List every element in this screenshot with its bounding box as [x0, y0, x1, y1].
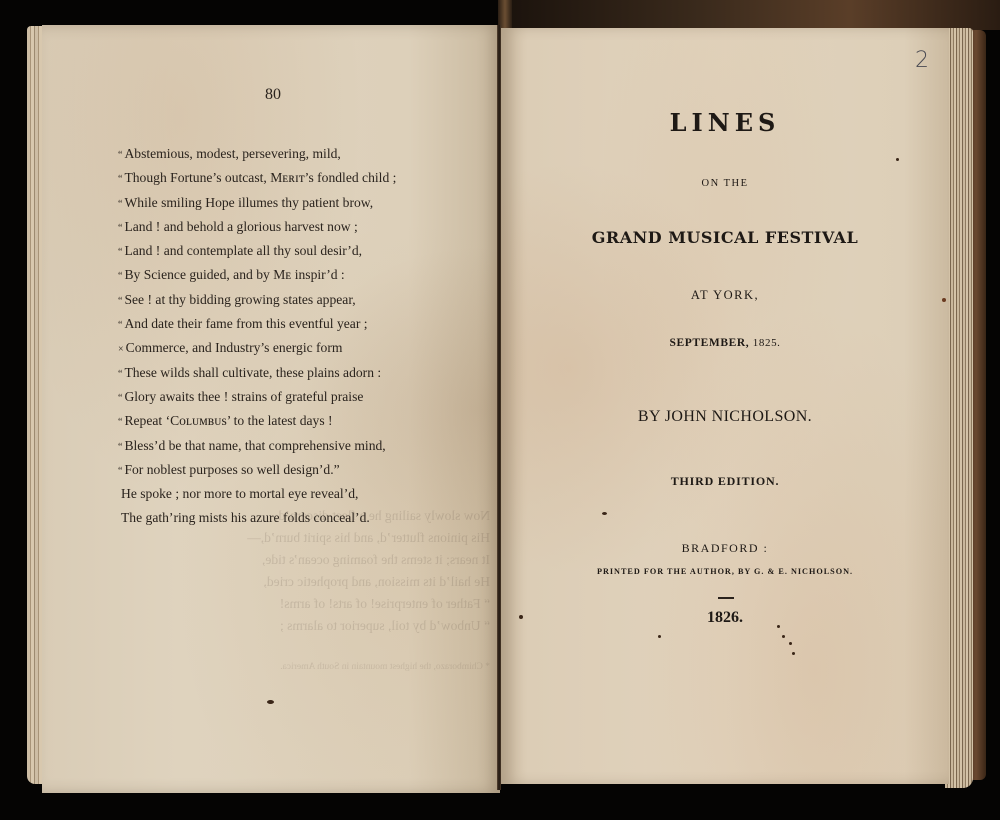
- foxing-spot: [777, 625, 780, 628]
- title-page: [501, 28, 949, 784]
- foxing-spot: [602, 512, 607, 515]
- foxing-spot: [782, 635, 785, 638]
- title-subject: GRAND MUSICAL FESTIVAL: [501, 228, 949, 247]
- bleed-line: “ Father of enterprise! of arts! of arms…: [150, 593, 490, 615]
- imprint-year: 1826.: [501, 609, 949, 627]
- title-heading: LINES: [501, 108, 949, 137]
- poem-line: “Bless’d be that name, that comprehensiv…: [118, 435, 396, 459]
- poem-line: “By Science guided, and by Mᴇ inspir’d :: [118, 264, 396, 288]
- foxing-spot: [658, 635, 661, 638]
- foxing-spot: [896, 158, 899, 161]
- foxing-spot: [519, 615, 523, 619]
- title-on-the: ON THE: [501, 178, 949, 189]
- poem-line: The gath’ring mists his azure folds conc…: [118, 507, 396, 531]
- date-month: SEPTEMBER,: [669, 337, 749, 349]
- poem-line: “For noblest purposes so well design’d.”: [118, 459, 396, 483]
- title-rule: [718, 597, 734, 599]
- title-author: BY JOHN NICHOLSON.: [501, 408, 949, 426]
- page-number: 80: [265, 86, 281, 104]
- date-year: 1825.: [753, 337, 781, 349]
- bleed-line: “ Unbow’d by toil, superior to alarms ;: [150, 615, 490, 637]
- poem-line: “Repeat ‘Cᴏʟᴜᴍʙᴜs’ to the latest days !: [118, 410, 396, 434]
- foxing-spot: [792, 652, 795, 655]
- bleed-line: It nears; it stems the foaming ocean’s t…: [150, 549, 490, 571]
- poem-line: “Land ! and contemplate all thy soul des…: [118, 240, 396, 264]
- poem-line: “Land ! and behold a glorious harvest no…: [118, 216, 396, 240]
- foxing-spot: [942, 298, 946, 302]
- foxing-spot: [267, 700, 274, 704]
- poem-line: “And date their fame from this eventful …: [118, 313, 396, 337]
- pencil-page-mark: 2: [915, 48, 929, 73]
- bleed-footnote: * Chimborazo, the highest mountain in So…: [150, 662, 490, 672]
- poem-line: “Glory awaits thee ! strains of grateful…: [118, 386, 396, 410]
- poem-line: He spoke ; nor more to mortal eye reveal…: [118, 483, 396, 507]
- poem-line: “Though Fortune’s outcast, Mᴇʀɪᴛ’s fondl…: [118, 167, 396, 191]
- imprint-city: BRADFORD :: [501, 541, 949, 556]
- bleed-line: He hail’d its mission, and prophetic cri…: [150, 571, 490, 593]
- imprint-printer: PRINTED FOR THE AUTHOR, BY G. & E. NICHO…: [501, 567, 949, 576]
- foxing-spot: [789, 642, 792, 645]
- poem-text: “Abstemious, modest, persevering, mild, …: [118, 143, 396, 532]
- poem-line: “While smiling Hope illumes thy patient …: [118, 192, 396, 216]
- title-date: SEPTEMBER, 1825.: [501, 337, 949, 349]
- right-page-stack: [945, 28, 973, 788]
- title-place: AT YORK,: [501, 288, 949, 303]
- book-cover-top: [500, 0, 1000, 30]
- poem-line: “See ! at thy bidding growing states app…: [118, 289, 396, 313]
- title-edition: THIRD EDITION.: [501, 474, 949, 489]
- poem-line: “Abstemious, modest, persevering, mild,: [118, 143, 396, 167]
- poem-line: “These wilds shall cultivate, these plai…: [118, 362, 396, 386]
- poem-line: ×Commerce, and Industry’s energic form: [118, 337, 396, 361]
